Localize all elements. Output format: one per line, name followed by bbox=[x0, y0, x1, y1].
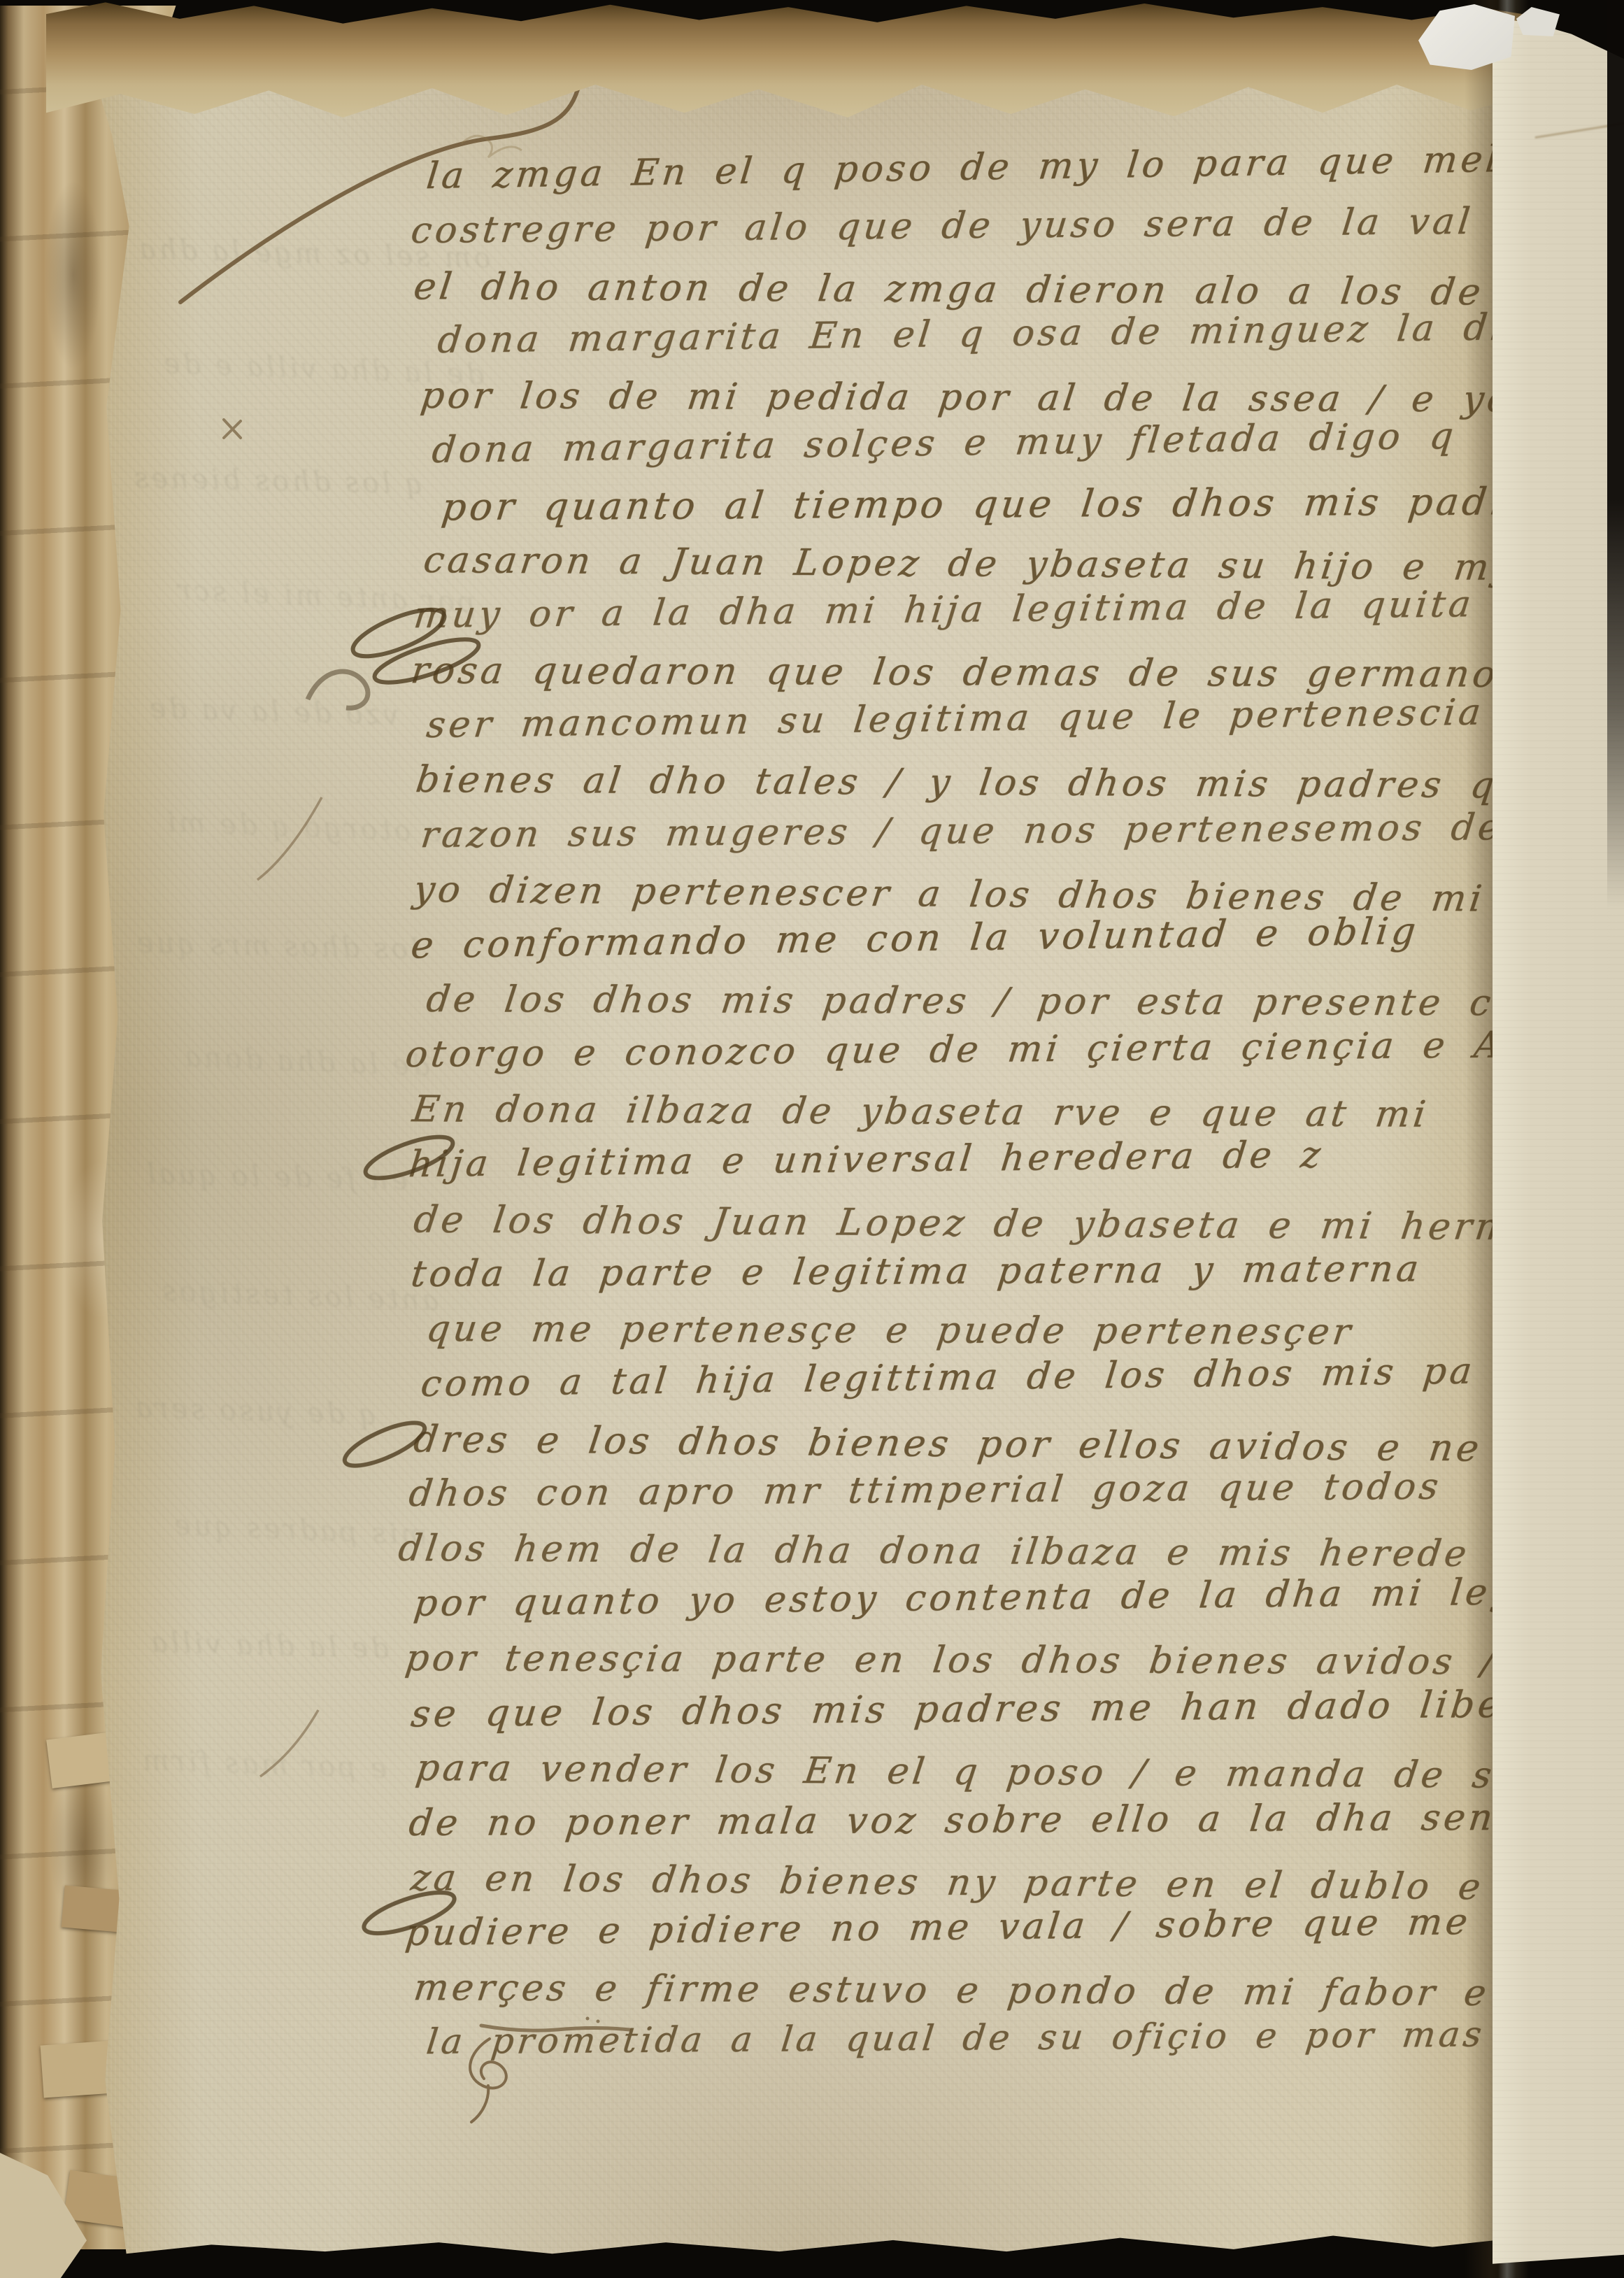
margin-x-mark bbox=[224, 420, 241, 438]
manuscript-scan: om sel oz mge la dhade la dha villa e de… bbox=[0, 0, 1624, 2278]
closing-rubric bbox=[470, 2017, 629, 2123]
manuscript-page: om sel oz mge la dhade la dha villa e de… bbox=[98, 0, 1518, 2261]
descender-tail bbox=[257, 797, 322, 880]
ink-smudge bbox=[308, 671, 368, 708]
background-gap-strip bbox=[1607, 0, 1624, 909]
descender-tail bbox=[260, 1710, 318, 1777]
ink-flourish bbox=[180, 90, 578, 302]
paper-fragment bbox=[1418, 4, 1515, 70]
loop-cluster-flourish bbox=[340, 600, 483, 1942]
facing-page bbox=[1493, 0, 1624, 2266]
ink-marks bbox=[98, 0, 1518, 2261]
facing-page-texture bbox=[1493, 0, 1624, 2266]
